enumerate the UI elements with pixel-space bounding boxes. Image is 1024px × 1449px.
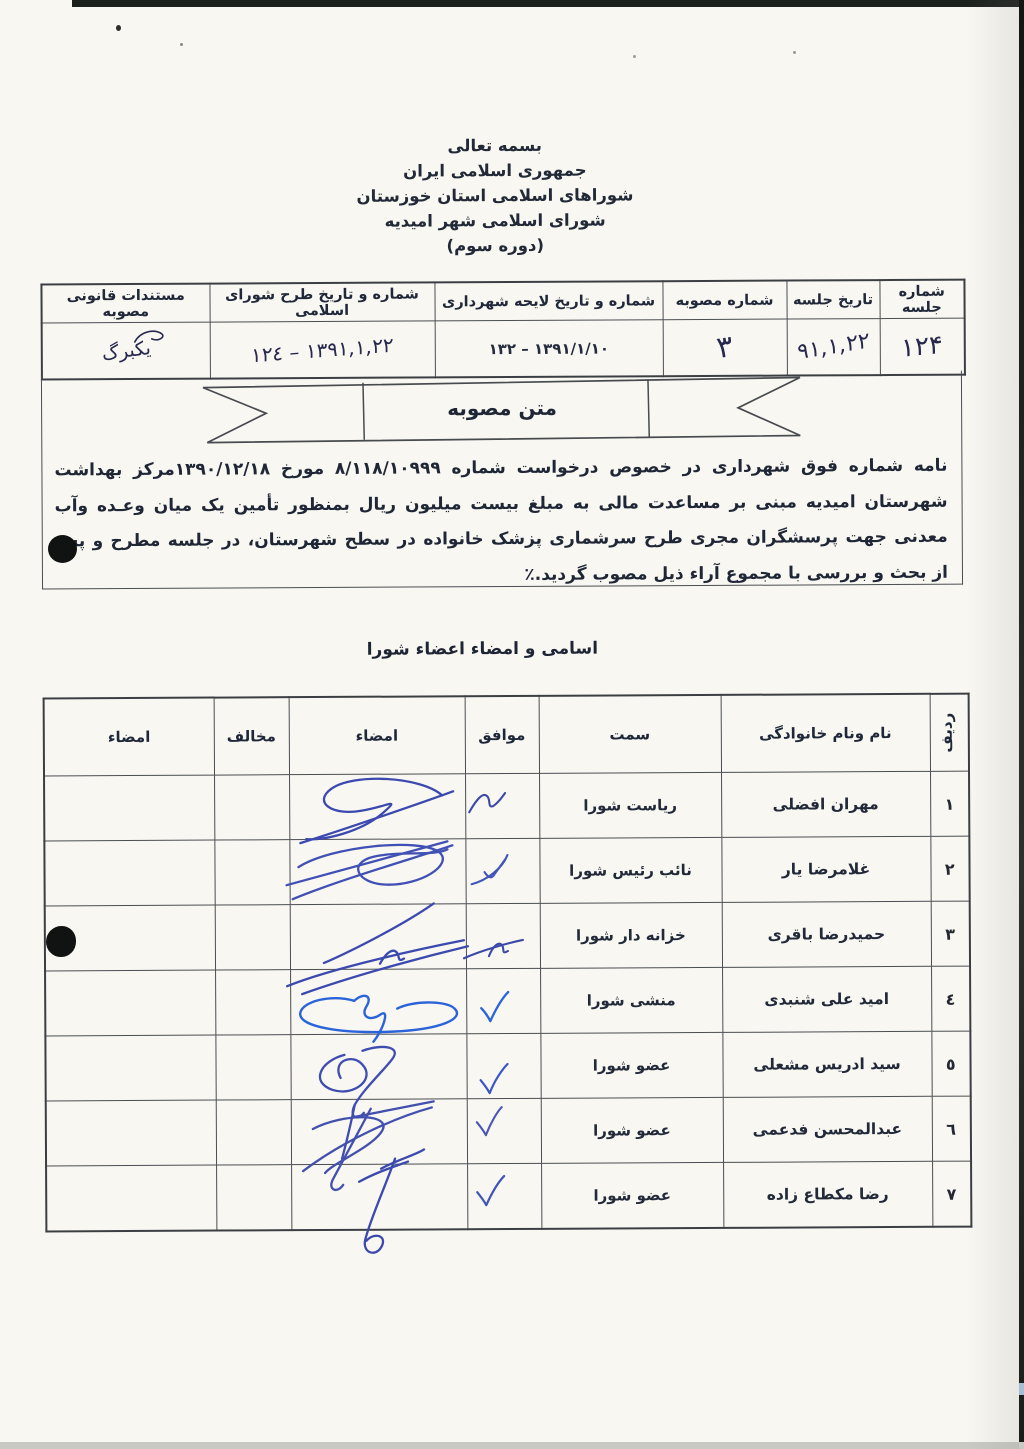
member-name: عبدالمحسن فدعمی bbox=[723, 1096, 932, 1162]
members-header-row: ردیف نام ونام خانوادگی سمت موافق امضاء م… bbox=[44, 694, 969, 776]
member-role: عضو شورا bbox=[541, 1097, 723, 1163]
member-row: ۲ غلامرضا یار نائب رئیس شورا bbox=[44, 836, 969, 906]
meta-value-bill-no-date: ۱۳۲ – ۱۳۹۱/۱/۱۰ bbox=[435, 320, 663, 378]
col-header-position: سمت bbox=[539, 695, 721, 773]
meta-header-session-no: شماره جلسه bbox=[879, 280, 964, 319]
member-name: حمیدرضا باقری bbox=[722, 901, 931, 967]
resolution-text-box: متن مصوبه نامه شماره فوق شهرداری در خصوص… bbox=[41, 371, 963, 590]
meta-value-plan-no-date: ۱۲٤ – ۱۳۹۱,۱,۲۲ bbox=[210, 321, 435, 379]
row-number: ٤ bbox=[931, 966, 970, 1031]
letterhead: بسمه تعالی جمهوری اسلامی ایران شوراهای ا… bbox=[0, 130, 992, 260]
meta-header-legal-docs: مستندات قانونی مصوبه bbox=[41, 284, 209, 323]
col-header-oppose: مخالف bbox=[214, 697, 289, 775]
meta-header-bill-no-date: شماره و تاریخ لایحه شهرداری bbox=[434, 281, 662, 321]
signature-cell-2 bbox=[44, 840, 214, 906]
meta-value-row: ۱۲۴ ۹۱,۱,۲۲ ۳ ۱۳۲ – ۱۳۹۱/۱/۱۰ ۱۲٤ – ۱۳۹۱… bbox=[42, 318, 965, 379]
member-name: سید ادریس مشعلی bbox=[722, 1031, 931, 1097]
member-name: غلامرضا یار bbox=[721, 836, 930, 902]
meta-value-session-date: ۹۱,۱,۲۲ bbox=[787, 319, 880, 376]
oppose-cell bbox=[214, 840, 289, 905]
oppose-cell bbox=[214, 775, 289, 840]
signature-cell bbox=[290, 1034, 466, 1100]
resolution-meta-table: شماره جلسه تاریخ جلسه شماره مصوبه شماره … bbox=[40, 279, 965, 381]
member-name: مهران افضلی bbox=[721, 771, 930, 837]
agree-cell bbox=[466, 968, 540, 1033]
col-header-agree: موافق bbox=[465, 696, 539, 774]
signature-cell bbox=[291, 1164, 467, 1230]
letterhead-line-term: (دوره سوم) bbox=[0, 230, 992, 260]
row-number: ۷ bbox=[932, 1161, 971, 1227]
member-row: ۳ حمیدرضا باقری خزانه دار شورا bbox=[45, 901, 970, 971]
document-content: بسمه تعالی جمهوری اسلامی ایران شوراهای ا… bbox=[0, 0, 1024, 1449]
signature-cell-2 bbox=[44, 775, 214, 841]
oppose-cell bbox=[216, 1100, 291, 1165]
member-role: ریاست شورا bbox=[539, 772, 721, 838]
meta-header-plan-no-date: شماره و تاریخ طرح شورای اسلامی bbox=[209, 282, 434, 322]
row-number: ٦ bbox=[932, 1096, 971, 1161]
signature-cell-2 bbox=[46, 1165, 216, 1231]
members-section-title: اسامی و امضاء اعضاء شورا bbox=[0, 637, 964, 662]
resolution-body-text: نامه شماره فوق شهرداری در خصوص درخواست ش… bbox=[54, 449, 948, 596]
members-signature-table: ردیف نام ونام خانوادگی سمت موافق امضاء م… bbox=[43, 693, 973, 1233]
handwritten-session-date: ۹۱,۱,۲۲ bbox=[797, 328, 870, 365]
punch-hole bbox=[48, 535, 77, 563]
member-role: نائب رئیس شورا bbox=[539, 837, 721, 903]
signature-cell bbox=[289, 839, 465, 905]
row-number: ٥ bbox=[931, 1031, 970, 1096]
signature-cell-2 bbox=[45, 970, 215, 1036]
member-row: ٥ سید ادریس مشعلی عضو شورا bbox=[45, 1031, 970, 1101]
col-header-signature: امضاء bbox=[289, 696, 465, 774]
member-role: خزانه دار شورا bbox=[540, 902, 722, 968]
member-name: امید علی شنبدی bbox=[722, 966, 931, 1032]
meta-header-session-date: تاریخ جلسه bbox=[786, 280, 879, 319]
agree-cell bbox=[465, 773, 539, 838]
signature-cell-2 bbox=[45, 1035, 215, 1101]
agree-cell bbox=[465, 838, 539, 903]
meta-header-row: شماره جلسه تاریخ جلسه شماره مصوبه شماره … bbox=[41, 280, 964, 323]
meta-header-resolution-no: شماره مصوبه bbox=[662, 281, 786, 320]
handwritten-session-number: ۱۲۴ bbox=[901, 329, 943, 363]
meta-value-resolution-no: ۳ bbox=[663, 319, 787, 376]
meta-value-legal-docs: یکبرگ bbox=[42, 322, 210, 379]
oppose-cell bbox=[215, 1035, 290, 1100]
oppose-cell bbox=[215, 970, 290, 1035]
member-name: رضا مکطاع زاده bbox=[723, 1161, 932, 1228]
row-number: ۱ bbox=[930, 771, 969, 836]
handwritten-plan-number-date: ۱۲٤ – ۱۳۹۱,۱,۲۲ bbox=[251, 332, 394, 367]
agree-cell bbox=[466, 903, 540, 968]
agree-cell bbox=[466, 1033, 540, 1098]
scanned-council-resolution-page: { "header": { "lines": [ "بسمه تعالی", "… bbox=[0, 0, 1024, 1449]
member-role: منشی شورا bbox=[540, 967, 722, 1033]
signature-cell bbox=[290, 904, 466, 970]
member-role: عضو شورا bbox=[540, 1032, 722, 1098]
handwritten-resolution-number: ۳ bbox=[714, 329, 735, 366]
oppose-cell bbox=[215, 905, 290, 970]
bill-number-date: ۱۳۲ – ۱۳۹۱/۱/۱۰ bbox=[489, 339, 610, 358]
member-row: ۷ رضا مکطاع زاده عضو شورا bbox=[46, 1161, 971, 1231]
col-header-full-name: نام ونام خانوادگی bbox=[721, 694, 930, 773]
member-row: ٤ امید علی شنبدی منشی شورا bbox=[45, 966, 970, 1036]
agree-cell bbox=[467, 1163, 541, 1229]
oppose-cell bbox=[216, 1165, 291, 1231]
col-header-signature-2: امضاء bbox=[44, 698, 214, 776]
signature-cell-2 bbox=[46, 1100, 216, 1166]
signature-cell bbox=[289, 774, 465, 840]
col-header-row-number: ردیف bbox=[930, 694, 969, 772]
handwritten-legal-docs: یکبرگ bbox=[100, 336, 151, 364]
ribbon-title: متن مصوبه bbox=[200, 376, 804, 439]
row-number: ۲ bbox=[930, 836, 969, 901]
punch-hole bbox=[46, 926, 76, 957]
member-role: عضو شورا bbox=[541, 1162, 723, 1228]
signature-cell bbox=[291, 1099, 467, 1165]
agree-cell bbox=[467, 1098, 541, 1163]
member-row: ٦ عبدالمحسن فدعمی عضو شورا bbox=[46, 1096, 971, 1166]
meta-value-session-no: ۱۲۴ bbox=[880, 318, 965, 375]
signature-cell bbox=[290, 969, 466, 1035]
row-number: ۳ bbox=[931, 901, 970, 966]
member-row: ۱ مهران افضلی ریاست شورا bbox=[44, 771, 969, 841]
